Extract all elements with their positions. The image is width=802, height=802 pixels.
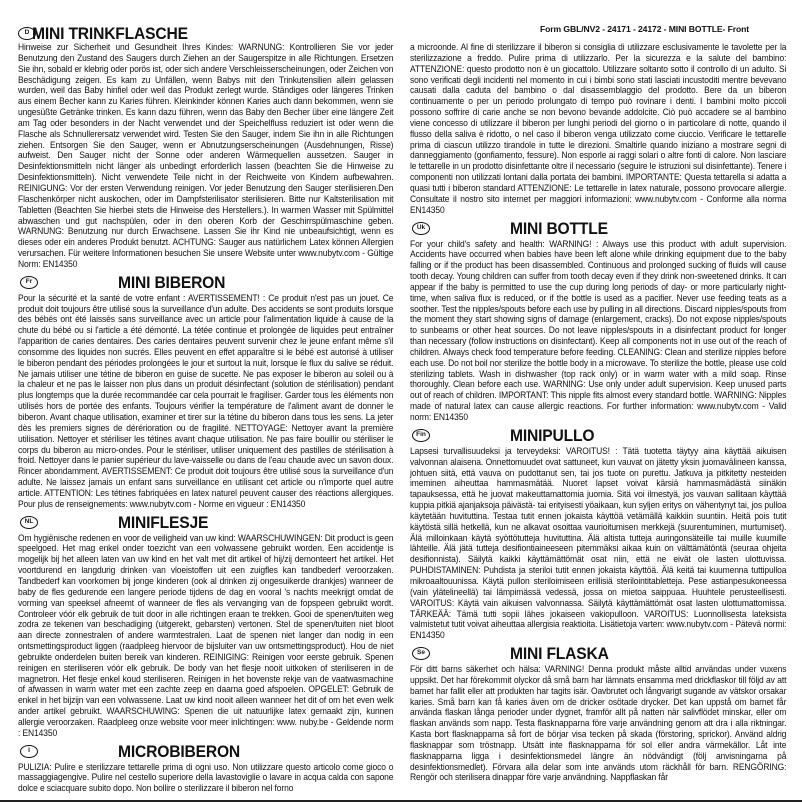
language-badge-fin-icon: Fin <box>412 429 430 442</box>
section-body: Hinweise zur Sicherheit und Gesundheit I… <box>18 42 393 270</box>
language-badge-it-icon: I <box>20 745 38 758</box>
left-column: D MINI TRINKFLASCHE Hinweise zur Sicherh… <box>18 26 393 799</box>
section-title: MINI BIBERON <box>118 274 225 292</box>
section-body: Lapsesi turvallisuudeksi ja terveydeksi:… <box>410 446 786 641</box>
right-column: a microonde. Al fine di sterilizzare il … <box>410 42 786 788</box>
section-it-continued: a microonde. Al fine di sterilizzare il … <box>410 42 786 216</box>
section-title: MICROBIBERON <box>118 743 240 761</box>
section-heading: Fr MINI BIBERON <box>18 275 393 293</box>
section-body: Om hygiënische redenen en voor de veilig… <box>18 533 393 739</box>
section-heading: Se MINI FLASKA <box>410 646 786 664</box>
language-badge-uk-icon: Uk <box>412 222 430 235</box>
section-heading: Uk MINI BOTTLE <box>410 221 786 239</box>
section-title: MINIFLESJE <box>118 514 208 532</box>
section-nl: NL MINIFLESJE Om hygiënische redenen en … <box>18 515 393 739</box>
section-heading: NL MINIFLESJE <box>18 515 393 533</box>
section-heading: D MINI TRINKFLASCHE <box>18 26 393 42</box>
section-de: D MINI TRINKFLASCHE Hinweise zur Sicherh… <box>18 26 393 270</box>
section-fin: Fin MINIPULLO Lapsesi turvallisuudeksi j… <box>410 428 786 641</box>
language-badge-se-icon: Se <box>412 647 430 660</box>
language-badge-nl-icon: NL <box>20 516 38 529</box>
section-uk: Uk MINI BOTTLE For your child's safety a… <box>410 221 786 423</box>
section-heading: I MICROBIBERON <box>18 744 393 762</box>
section-heading: Fin MINIPULLO <box>410 428 786 446</box>
section-it: I MICROBIBERON PULIZIA: Pulire e sterili… <box>18 744 393 795</box>
section-body-continuation: a microonde. Al fine di sterilizzare il … <box>410 42 786 216</box>
section-title: MINI BOTTLE <box>510 220 608 238</box>
section-title: MINI TRINKFLASCHE <box>32 25 188 43</box>
section-se: Se MINI FLASKA För ditt barns säkerhet o… <box>410 646 786 783</box>
language-badge-fr-icon: Fr <box>20 276 38 289</box>
section-body: PULIZIA: Pulire e sterilizzare tettarell… <box>18 762 393 795</box>
section-body: Pour la sécurité et la santé de votre en… <box>18 293 393 510</box>
section-body: For your child's safety and health: WARN… <box>410 239 786 423</box>
form-header-label: Form GBL/NV2 - 24171 - 24172 - MINI BOTT… <box>540 24 790 34</box>
section-title: MINIPULLO <box>510 427 594 445</box>
section-body: För ditt barns säkerhet och hälsa: VARNI… <box>410 664 786 783</box>
section-fr: Fr MINI BIBERON Pour la sécurité et la s… <box>18 275 393 510</box>
section-title: MINI FLASKA <box>510 645 609 663</box>
